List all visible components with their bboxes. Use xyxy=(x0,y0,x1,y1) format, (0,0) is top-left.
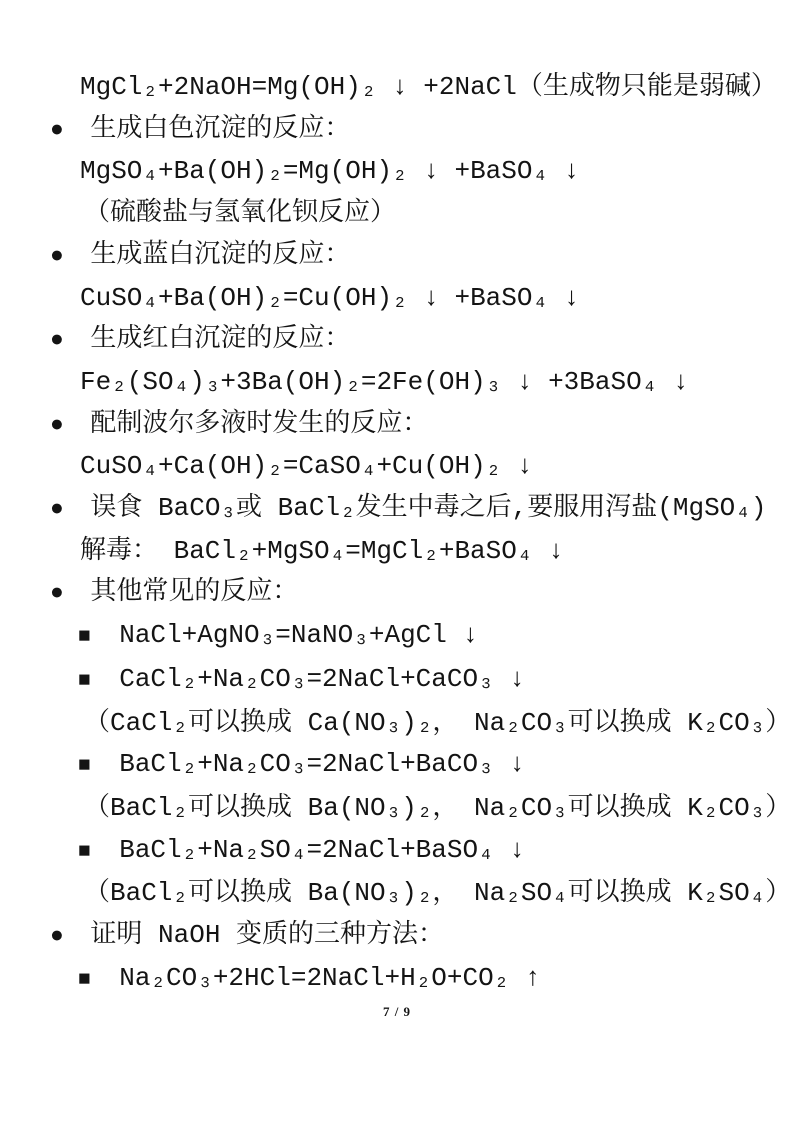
line-text: CuSO₄+Ca(OH)₂=CaSO₄+Cu(OH)₂ ↓ xyxy=(80,451,532,481)
line-text: （CaCl₂可以换成 Ca(NO₃)₂， Na₂CO₃可以换成 K₂CO₃） xyxy=(84,708,791,738)
bullet-dot-icon: ● xyxy=(50,573,64,615)
document-line: CuSO₄+Ca(OH)₂=CaSO₄+Cu(OH)₂ ↓ xyxy=(0,446,794,488)
document-line: ■ BaCl₂+Na₂SO₄=2NaCl+BaSO₄ ↓ xyxy=(0,830,794,874)
document-line: （BaCl₂可以换成 Ba(NO₃)₂， Na₂CO₃可以换成 K₂CO₃） xyxy=(0,788,794,830)
line-text: CaCl₂+Na₂CO₃=2NaCl+CaCO₃ ↓ xyxy=(119,664,525,694)
document-line: ● 证明 NaOH 变质的三种方法： xyxy=(0,915,794,958)
document-line: ■ BaCl₂+Na₂CO₃=2NaCl+BaCO₃ ↓ xyxy=(0,744,794,788)
document-line: CuSO₄+Ba(OH)₂=Cu(OH)₂ ↓ +BaSO₄ ↓ xyxy=(0,278,794,320)
bullet-dot-icon: ● xyxy=(50,236,64,278)
page-number: 7 / 9 xyxy=(0,1004,794,1020)
line-text: （BaCl₂可以换成 Ba(NO₃)₂， Na₂SO₄可以换成 K₂SO₄） xyxy=(84,878,791,908)
line-text: 解毒： BaCl₂+MgSO₄=MgCl₂+BaSO₄ ↓ xyxy=(80,536,564,566)
document-line: ● 误食 BaCO₃或 BaCl₂发生中毒之后,要服用泻盐(MgSO₄) xyxy=(0,488,794,531)
document-page: MgCl₂+2NaOH=Mg(OH)₂ ↓ +2NaCl（生成物只能是弱碱） ●… xyxy=(0,0,794,1123)
line-text: Na₂CO₃+2HCl=2NaCl+H₂O+CO₂ ↑ xyxy=(119,963,540,993)
document-content: MgCl₂+2NaOH=Mg(OH)₂ ↓ +2NaCl（生成物只能是弱碱） ●… xyxy=(0,67,794,1001)
line-text: BaCl₂+Na₂CO₃=2NaCl+BaCO₃ ↓ xyxy=(119,749,525,779)
bullet-square-icon: ■ xyxy=(78,661,91,703)
document-line: Fe₂(SO₄)₃+3Ba(OH)₂=2Fe(OH)₃ ↓ +3BaSO₄ ↓ xyxy=(0,362,794,404)
document-line: （硫酸盐与氢氧化钡反应） xyxy=(0,193,794,235)
line-text: NaCl+AgNO₃=NaNO₃+AgCl ↓ xyxy=(119,620,478,650)
document-line: ■ CaCl₂+Na₂CO₃=2NaCl+CaCO₃ ↓ xyxy=(0,659,794,703)
bullet-dot-icon: ● xyxy=(50,110,64,152)
bullet-square-icon: ■ xyxy=(78,832,91,874)
bullet-square-icon: ■ xyxy=(78,960,91,1002)
bullet-square-icon: ■ xyxy=(78,746,91,788)
line-text: Fe₂(SO₄)₃+3Ba(OH)₂=2Fe(OH)₃ ↓ +3BaSO₄ ↓ xyxy=(80,367,689,397)
document-line: ■ NaCl+AgNO₃=NaNO₃+AgCl ↓ xyxy=(0,615,794,659)
line-text: MgCl₂+2NaOH=Mg(OH)₂ ↓ +2NaCl（生成物只能是弱碱） xyxy=(80,72,777,102)
document-line: MgSO₄+Ba(OH)₂=Mg(OH)₂ ↓ +BaSO₄ ↓ xyxy=(0,151,794,193)
bullet-square-icon: ■ xyxy=(78,617,91,659)
document-line: ■ Na₂CO₃+2HCl=2NaCl+H₂O+CO₂ ↑ xyxy=(0,958,794,1002)
document-line: 解毒： BaCl₂+MgSO₄=MgCl₂+BaSO₄ ↓ xyxy=(0,531,794,573)
bullet-dot-icon: ● xyxy=(50,916,64,958)
line-text: 生成红白沉淀的反应： xyxy=(90,324,350,354)
document-line: ● 其他常见的反应： xyxy=(0,572,794,615)
document-line: ● 生成蓝白沉淀的反应： xyxy=(0,235,794,278)
line-text: CuSO₄+Ba(OH)₂=Cu(OH)₂ ↓ +BaSO₄ ↓ xyxy=(80,283,579,313)
line-text: BaCl₂+Na₂SO₄=2NaCl+BaSO₄ ↓ xyxy=(119,835,525,865)
line-text: （硫酸盐与氢氧化钡反应） xyxy=(84,198,396,228)
document-line: MgCl₂+2NaOH=Mg(OH)₂ ↓ +2NaCl（生成物只能是弱碱） xyxy=(0,67,794,109)
line-text: （BaCl₂可以换成 Ba(NO₃)₂， Na₂CO₃可以换成 K₂CO₃） xyxy=(84,793,791,823)
line-text: 证明 NaOH 变质的三种方法： xyxy=(90,920,444,950)
document-line: （CaCl₂可以换成 Ca(NO₃)₂， Na₂CO₃可以换成 K₂CO₃） xyxy=(0,703,794,745)
document-line: ● 生成红白沉淀的反应： xyxy=(0,319,794,362)
bullet-dot-icon: ● xyxy=(50,405,64,447)
line-text: 误食 BaCO₃或 BaCl₂发生中毒之后,要服用泻盐(MgSO₄) xyxy=(90,493,766,523)
line-text: MgSO₄+Ba(OH)₂=Mg(OH)₂ ↓ +BaSO₄ ↓ xyxy=(80,156,579,186)
document-line: ● 生成白色沉淀的反应： xyxy=(0,109,794,152)
document-line: （BaCl₂可以换成 Ba(NO₃)₂， Na₂SO₄可以换成 K₂SO₄） xyxy=(0,873,794,915)
bullet-dot-icon: ● xyxy=(50,489,64,531)
line-text: 生成蓝白沉淀的反应： xyxy=(90,240,350,270)
line-text: 其他常见的反应： xyxy=(90,577,298,607)
line-text: 生成白色沉淀的反应： xyxy=(90,114,350,144)
bullet-dot-icon: ● xyxy=(50,320,64,362)
line-text: 配制波尔多液时发生的反应： xyxy=(90,409,428,439)
document-line: ● 配制波尔多液时发生的反应： xyxy=(0,404,794,447)
